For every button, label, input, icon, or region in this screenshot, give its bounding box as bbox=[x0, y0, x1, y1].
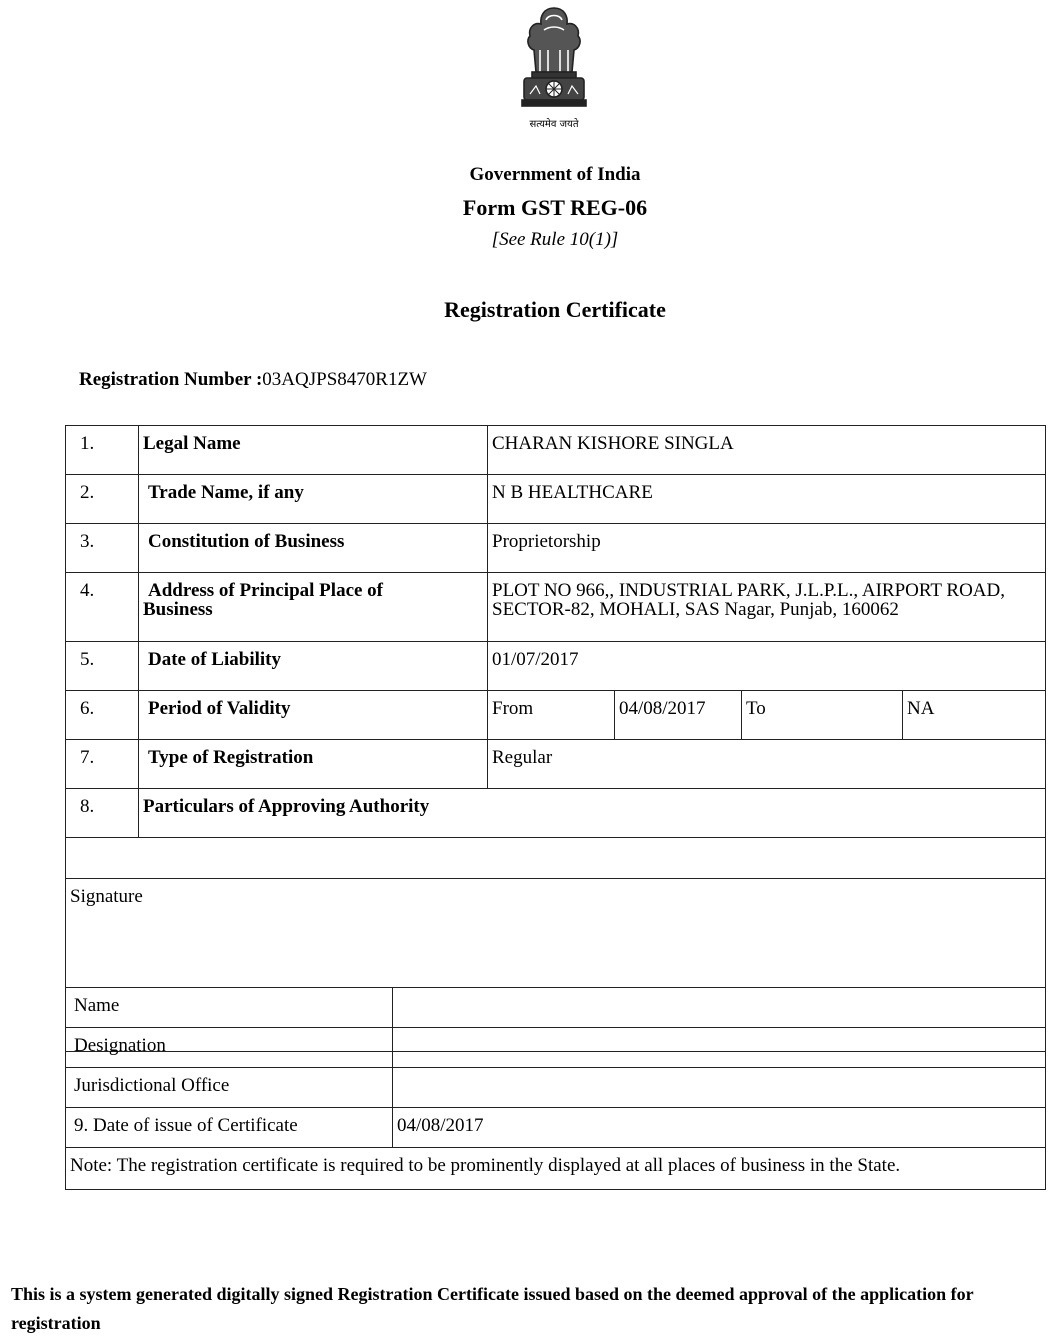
registration-type-value: Regular bbox=[488, 740, 1046, 789]
blank-cell bbox=[66, 838, 1046, 879]
row-number: 4. bbox=[66, 573, 139, 642]
registration-number-label: Registration Number : bbox=[79, 369, 262, 390]
constitution-value: Proprietorship bbox=[488, 524, 1046, 573]
authority-name-label: Name bbox=[66, 988, 393, 1028]
row-number: 7. bbox=[66, 740, 139, 789]
row-number: 5. bbox=[66, 642, 139, 691]
row-number: 2. bbox=[66, 475, 139, 524]
validity-from-value: 04/08/2017 bbox=[615, 691, 742, 740]
table-row: 6. Period of Validity From 04/08/2017 To… bbox=[66, 691, 1046, 740]
table-row: 2. Trade Name, if any N B HEALTHCARE bbox=[66, 475, 1046, 524]
row-number: 6. bbox=[66, 691, 139, 740]
row-label-continued: Business bbox=[143, 599, 213, 620]
authority-designation-value bbox=[393, 1028, 1046, 1068]
registration-number-value: 03AQJPS8470R1ZW bbox=[262, 369, 427, 390]
row-label: Period of Validity bbox=[143, 698, 291, 719]
table-row: 7. Type of Registration Regular bbox=[66, 740, 1046, 789]
row-label: Constitution of Business bbox=[143, 531, 344, 552]
legal-name-value: CHARAN KISHORE SINGLA bbox=[488, 426, 1046, 475]
row-number: 8. bbox=[66, 789, 139, 838]
row-number: 3. bbox=[66, 524, 139, 573]
issue-date-value: 04/08/2017 bbox=[393, 1108, 1046, 1148]
authority-designation-label: Designation bbox=[66, 1028, 393, 1068]
issue-date-label: 9. Date of issue of Certificate bbox=[66, 1108, 393, 1148]
table-row: 3. Constitution of Business Proprietorsh… bbox=[66, 524, 1046, 573]
registration-details-table: 1. Legal Name CHARAN KISHORE SINGLA 2. T… bbox=[65, 425, 1046, 1052]
registration-number: Registration Number :03AQJPS8470R1ZW bbox=[79, 369, 427, 391]
validity-to-label: To bbox=[742, 691, 903, 740]
table-row: 5. Date of Liability 01/07/2017 bbox=[66, 642, 1046, 691]
table-row: 9. Date of issue of Certificate 04/08/20… bbox=[66, 1108, 1046, 1148]
row-label: Particulars of Approving Authority bbox=[139, 789, 1046, 838]
row-label: Type of Registration bbox=[143, 747, 313, 768]
validity-from-label: From bbox=[488, 691, 615, 740]
ashoka-lion-capital-icon bbox=[514, 2, 594, 114]
row-label: Address of Principal Place of bbox=[143, 580, 383, 601]
table-row: 1. Legal Name CHARAN KISHORE SINGLA bbox=[66, 426, 1046, 475]
date-of-liability-value: 01/07/2017 bbox=[488, 642, 1046, 691]
authority-name-value bbox=[393, 988, 1046, 1028]
government-heading: Government of India bbox=[0, 164, 1053, 186]
motto-text: सत्यमेव जयते bbox=[512, 116, 596, 130]
blank-row bbox=[66, 838, 1046, 879]
note-row: Note: The registration certificate is re… bbox=[66, 1148, 1046, 1190]
validity-to-value: NA bbox=[903, 691, 1046, 740]
table-row: 4. Address of Principal Place ofBusiness… bbox=[66, 573, 1046, 642]
row-label: Legal Name bbox=[139, 426, 488, 475]
trade-name-value: N B HEALTHCARE bbox=[488, 475, 1046, 524]
system-generated-notice: This is a system generated digitally sig… bbox=[11, 1280, 1041, 1338]
rule-reference: [See Rule 10(1)] bbox=[0, 229, 1053, 251]
display-note: Note: The registration certificate is re… bbox=[66, 1148, 1046, 1190]
jurisdictional-office-label: Jurisdictional Office bbox=[66, 1068, 393, 1108]
row-label: Trade Name, if any bbox=[143, 482, 304, 503]
address-value: PLOT NO 966,, INDUSTRIAL PARK, J.L.P.L.,… bbox=[488, 573, 1046, 642]
row-label: Date of Liability bbox=[143, 649, 281, 670]
row-number: 1. bbox=[66, 426, 139, 475]
jurisdictional-office-value bbox=[393, 1068, 1046, 1108]
national-emblem: सत्यमेव जयते bbox=[512, 2, 596, 132]
approving-authority-table: Name Designation Jurisdictional Office 9… bbox=[65, 987, 1046, 1190]
certificate-title: Registration Certificate bbox=[0, 297, 1053, 323]
table-row: Designation bbox=[66, 1028, 1046, 1068]
table-row: Name bbox=[66, 988, 1046, 1028]
table-row: Jurisdictional Office bbox=[66, 1068, 1046, 1108]
form-title: Form GST REG-06 bbox=[0, 195, 1053, 221]
table-row: 8. Particulars of Approving Authority bbox=[66, 789, 1046, 838]
